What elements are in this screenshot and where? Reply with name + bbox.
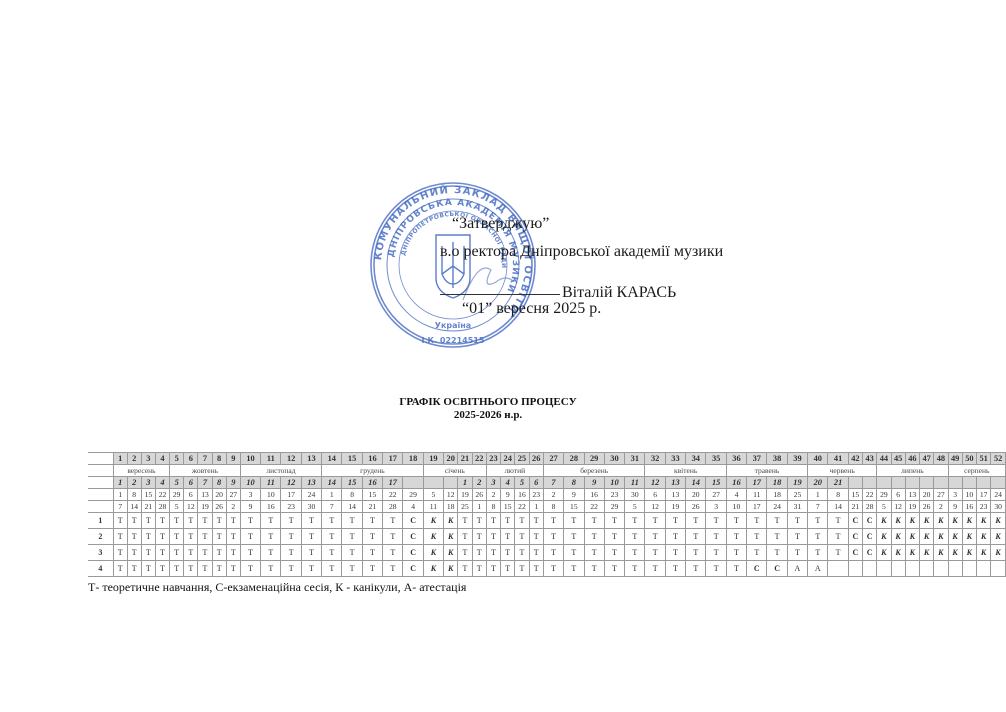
end-date-cell: 26 [686,501,706,513]
start-date-cell: 29 [403,489,423,501]
week-number-cell: 18 [403,453,423,465]
study-week-cell: 21 [828,477,848,489]
end-date-cell: 22 [515,501,529,513]
schedule-cell: Т [141,561,155,577]
week-number-cell: 7 [198,453,212,465]
month-cell: січень [423,465,486,477]
start-date-cell: 13 [905,489,919,501]
schedule-cell: С [767,561,787,577]
end-date-cell: 5 [877,501,891,513]
schedule-cell: Т [322,561,342,577]
week-number-cell: 29 [584,453,604,465]
study-week-cell: 15 [342,477,362,489]
schedule-cell: Т [362,529,382,545]
start-date-row: 1815222961320273101724181522295121926291… [88,489,1006,501]
schedule-cell: Т [184,545,198,561]
study-week-cell [991,477,1006,489]
study-week-cell: 12 [645,477,665,489]
study-week-cell: 5 [170,477,184,489]
schedule-cell: Т [747,513,767,529]
schedule-cell: К [991,545,1006,561]
schedule-cell: Т [747,545,767,561]
week-number-cell: 13 [301,453,321,465]
schedule-cell: Т [515,561,529,577]
schedule-cell: Т [486,545,500,561]
schedule-cell: Т [564,561,584,577]
start-date-cell: 13 [198,489,212,501]
schedule-cell: Т [726,529,746,545]
week-number-cell: 37 [747,453,767,465]
week-number-cell: 21 [458,453,472,465]
end-date-cell: 14 [342,501,362,513]
schedule-cell: К [444,513,458,529]
schedule-cell: Т [458,529,472,545]
end-date-cell: 21 [848,501,862,513]
schedule-cell: Т [828,545,848,561]
start-date-cell: 20 [212,489,226,501]
schedule-cell: Т [828,513,848,529]
schedule-cell: Т [301,545,321,561]
schedule-cell: Т [665,561,685,577]
approval-signer: Віталій КАРАСЬ [440,285,676,301]
study-week-cell: 15 [706,477,726,489]
schedule-cell: Т [261,561,281,577]
schedule-cell: К [877,529,891,545]
schedule-cell: Т [767,529,787,545]
end-date-cell: 28 [863,501,877,513]
study-week-cell: 1 [113,477,127,489]
schedule-cell: Т [362,561,382,577]
schedule-cell: С [747,561,767,577]
start-date-cell: 20 [686,489,706,501]
schedule-cell: Т [127,529,141,545]
week-number-cell: 26 [529,453,543,465]
end-date-row: 7142128512192629162330714212841118251815… [88,501,1006,513]
schedule-cell: С [403,561,423,577]
study-week-row: 1234567891011121314151617123456789101112… [88,477,1006,489]
schedule-cell: Т [486,513,500,529]
study-week-cell: 6 [529,477,543,489]
schedule-cell: Т [604,545,624,561]
schedule-cell: К [962,513,976,529]
start-date-cell: 3 [240,489,260,501]
start-date-cell: 22 [383,489,403,501]
month-cell: жовтень [170,465,241,477]
start-date-cell: 20 [920,489,934,501]
schedule-cell: Т [584,561,604,577]
start-date-cell: 23 [604,489,624,501]
study-week-cell [920,477,934,489]
schedule-cell: Т [170,561,184,577]
end-date-cell: 5 [170,501,184,513]
end-date-cell: 16 [261,501,281,513]
schedule-cell: Т [458,513,472,529]
schedule-cell: Т [584,513,604,529]
row-label-blank [88,453,113,465]
study-week-cell: 16 [726,477,746,489]
start-date-cell: 4 [726,489,746,501]
schedule-cell: Т [584,529,604,545]
schedule-cell: Т [726,545,746,561]
schedule-cell: Т [515,529,529,545]
svg-text:Україна: Україна [435,321,471,330]
week-number-cell: 5 [170,453,184,465]
schedule-cell: Т [281,529,301,545]
approval-heading: “Затверджую” [452,216,549,232]
schedule-cell: Т [226,513,240,529]
start-date-cell: 24 [301,489,321,501]
study-week-cell: 10 [604,477,624,489]
study-week-cell: 2 [472,477,486,489]
schedule-cell: Т [706,561,726,577]
week-number-cell: 49 [948,453,962,465]
signer-name: Віталій КАРАСЬ [562,284,676,301]
schedule-cell: Т [472,561,486,577]
schedule-cell: Т [155,545,169,561]
schedule-cell: К [423,513,443,529]
schedule-cell: Т [281,545,301,561]
end-date-cell: 26 [212,501,226,513]
study-week-cell: 5 [515,477,529,489]
schedule-cell: Т [828,529,848,545]
week-number-cell: 30 [604,453,624,465]
schedule-cell [977,561,991,577]
schedule-cell: Т [604,529,624,545]
schedule-cell: Т [113,561,127,577]
schedule-cell: К [905,529,919,545]
schedule-cell: С [863,545,877,561]
schedule-cell: Т [529,545,543,561]
schedule-cell: Т [127,561,141,577]
schedule-cell: Т [584,545,604,561]
schedule-cell: Т [604,561,624,577]
schedule-cell: К [948,513,962,529]
month-cell: грудень [322,465,424,477]
week-number-cell: 10 [240,453,260,465]
row-label-blank [88,489,113,501]
study-week-cell: 8 [212,477,226,489]
study-week-cell: 8 [564,477,584,489]
schedule-cell: Т [472,545,486,561]
end-date-cell: 14 [828,501,848,513]
start-date-cell: 1 [113,489,127,501]
schedule-cell: Т [113,529,127,545]
schedule-cell: Т [625,529,645,545]
schedule-cell: Т [155,513,169,529]
end-date-cell: 18 [444,501,458,513]
schedule-cell: Т [472,513,486,529]
start-date-cell: 18 [767,489,787,501]
end-date-cell: 8 [543,501,563,513]
study-week-cell [848,477,862,489]
start-date-cell: 8 [828,489,848,501]
week-number-cell: 48 [934,453,948,465]
start-date-cell: 25 [787,489,807,501]
schedule-cell: А [787,561,807,577]
end-date-cell: 10 [726,501,746,513]
schedule-cell: Т [240,545,260,561]
schedule-cell: Т [501,561,515,577]
schedule-cell [891,561,905,577]
schedule-cell: Т [726,513,746,529]
study-week-cell [863,477,877,489]
schedule-cell: Т [686,529,706,545]
study-week-cell [905,477,919,489]
stamp-seal-icon: КОМУНАЛЬНИЙ ЗАКЛАД ВИЩОЇ ОСВІТИ ДНІПРОВС… [368,180,538,350]
start-date-cell: 22 [155,489,169,501]
schedule-cell: Т [342,561,362,577]
start-date-cell: 8 [342,489,362,501]
schedule-cell [920,561,934,577]
week-number-cell: 51 [977,453,991,465]
schedule-cell: Т [665,545,685,561]
study-week-cell: 3 [486,477,500,489]
course-label: 3 [88,545,113,561]
schedule-cell [948,561,962,577]
schedule-cell: Т [301,529,321,545]
schedule-cell: Т [141,513,155,529]
study-week-cell: 14 [322,477,342,489]
study-week-cell: 17 [383,477,403,489]
end-date-cell: 15 [564,501,584,513]
schedule-cell: С [403,529,423,545]
start-date-cell: 27 [226,489,240,501]
schedule-cell: Т [184,529,198,545]
week-number-cell: 19 [423,453,443,465]
week-number-cell: 28 [564,453,584,465]
schedule-cell: К [977,513,991,529]
end-date-cell: 11 [423,501,443,513]
schedule-cell: Т [198,561,212,577]
study-week-cell: 19 [787,477,807,489]
schedule-cell: Т [604,513,624,529]
week-number-cell: 23 [486,453,500,465]
schedule-cell: К [991,513,1006,529]
start-date-cell: 19 [458,489,472,501]
week-number-cell: 14 [322,453,342,465]
approval-position: в.о ректора Дніпровської академії музики [440,244,723,260]
study-week-cell: 13 [301,477,321,489]
schedule-cell: Т [301,513,321,529]
schedule-cell: Т [212,545,226,561]
week-number-cell: 22 [472,453,486,465]
start-date-cell: 29 [170,489,184,501]
schedule-cell: Т [706,513,726,529]
schedule-cell: С [863,513,877,529]
end-date-cell: 2 [226,501,240,513]
schedule-cell: Т [155,529,169,545]
week-number-cell: 3 [141,453,155,465]
course-row: 1ТТТТТТТТТТТТТТТТТСККТТТТТТТТТТТТТТТТТТТ… [88,513,1006,529]
month-row: вересеньжовтеньлистопадгруденьсіченьлюти… [88,465,1006,477]
week-number-cell: 9 [226,453,240,465]
start-date-cell: 29 [877,489,891,501]
schedule-cell: Т [141,545,155,561]
schedule-cell: Т [212,513,226,529]
study-week-cell [962,477,976,489]
end-date-cell: 30 [991,501,1006,513]
schedule-cell: Т [767,545,787,561]
schedule-cell: К [877,513,891,529]
schedule-cell: Т [362,545,382,561]
study-week-cell: 3 [141,477,155,489]
document-title: ГРАФІК ОСВІТНЬОГО ПРОЦЕСУ 2025-2026 н.р. [0,396,1006,422]
schedule-cell [863,561,877,577]
schedule-cell: Т [240,513,260,529]
study-week-cell: 18 [767,477,787,489]
week-number-cell: 46 [905,453,919,465]
schedule-cell: Т [113,545,127,561]
end-date-cell: 3 [706,501,726,513]
start-date-cell: 8 [127,489,141,501]
schedule-cell: Т [281,561,301,577]
study-week-cell [423,477,443,489]
legend: Т- теоретичне навчання, С-екзаменаційна … [88,580,466,595]
schedule-cell: Т [342,513,362,529]
schedule-cell [877,561,891,577]
month-cell: червень [808,465,877,477]
schedule-cell: Т [383,529,403,545]
schedule-cell: Т [226,529,240,545]
schedule-cell: Т [787,545,807,561]
study-week-cell: 7 [543,477,563,489]
schedule-cell: К [905,545,919,561]
study-week-cell: 2 [127,477,141,489]
end-date-cell: 19 [905,501,919,513]
week-number-cell: 1 [113,453,127,465]
end-date-cell: 4 [403,501,423,513]
month-cell: лютий [486,465,543,477]
start-date-cell: 16 [515,489,529,501]
study-week-cell: 17 [747,477,767,489]
course-row: 2ТТТТТТТТТТТТТТТТТСККТТТТТТТТТТТТТТТТТТТ… [88,529,1006,545]
schedule-cell: Т [127,545,141,561]
row-label-blank [88,501,113,513]
schedule-cell: К [920,545,934,561]
start-date-cell: 2 [543,489,563,501]
start-date-cell: 2 [486,489,500,501]
schedule-cell: Т [212,529,226,545]
start-date-cell: 26 [472,489,486,501]
schedule-cell: К [934,545,948,561]
week-number-cell: 4 [155,453,169,465]
week-number-cell: 20 [444,453,458,465]
schedule-cell: Т [240,529,260,545]
schedule-cell: Т [226,561,240,577]
schedule-cell: К [891,529,905,545]
course-label: 2 [88,529,113,545]
week-number-cell: 43 [863,453,877,465]
schedule-cell: К [920,529,934,545]
study-week-cell [444,477,458,489]
schedule-cell: К [934,513,948,529]
week-number-cell: 50 [962,453,976,465]
end-date-cell: 23 [977,501,991,513]
end-date-cell: 24 [767,501,787,513]
course-label: 4 [88,561,113,577]
end-date-cell: 19 [198,501,212,513]
schedule-cell: Т [686,561,706,577]
schedule-cell: Т [155,561,169,577]
schedule-cell: К [962,545,976,561]
start-date-cell: 9 [501,489,515,501]
schedule-cell: Т [501,513,515,529]
row-label-blank [88,465,113,477]
start-date-cell: 13 [665,489,685,501]
end-date-cell: 22 [584,501,604,513]
start-date-cell: 16 [584,489,604,501]
end-date-cell: 8 [486,501,500,513]
month-cell: липень [877,465,948,477]
schedule-cell: Т [212,561,226,577]
end-date-cell: 7 [808,501,828,513]
study-week-cell: 11 [261,477,281,489]
course-label: 1 [88,513,113,529]
week-number-cell: 27 [543,453,563,465]
study-week-cell [403,477,423,489]
start-date-cell: 9 [564,489,584,501]
end-date-cell: 14 [127,501,141,513]
schedule-cell: Т [787,529,807,545]
end-date-cell: 25 [458,501,472,513]
schedule-cell: Т [645,513,665,529]
schedule-cell: Т [767,513,787,529]
end-date-cell: 26 [920,501,934,513]
schedule-cell: Т [261,529,281,545]
course-row: 3ТТТТТТТТТТТТТТТТТСККТТТТТТТТТТТТТТТТТТТ… [88,545,1006,561]
row-label-blank [88,477,113,489]
month-cell: березень [543,465,645,477]
start-date-cell: 11 [747,489,767,501]
schedule-cell: К [891,545,905,561]
course-row: 4ТТТТТТТТТТТТТТТТТСККТТТТТТТТТТТТТТТТССА… [88,561,1006,577]
start-date-cell: 15 [848,489,862,501]
schedule-cell: Т [515,513,529,529]
schedule-cell: Т [645,561,665,577]
schedule-cell: К [444,529,458,545]
study-week-cell: 13 [665,477,685,489]
schedule-cell: Т [625,545,645,561]
start-date-cell: 17 [281,489,301,501]
study-week-cell [877,477,891,489]
week-number-cell: 39 [787,453,807,465]
schedule-cell: Т [342,545,362,561]
schedule-cell: Т [686,513,706,529]
start-date-cell: 15 [141,489,155,501]
schedule-cell: К [920,513,934,529]
end-date-cell: 9 [240,501,260,513]
schedule-cell: Т [184,513,198,529]
study-week-cell: 12 [281,477,301,489]
schedule-cell: Т [543,561,563,577]
schedule-cell: К [977,529,991,545]
start-date-cell: 23 [529,489,543,501]
schedule-cell: Т [529,529,543,545]
schedule-cell: Т [141,529,155,545]
schedule-cell: Т [529,561,543,577]
month-cell: вересень [113,465,169,477]
schedule-cell: Т [226,545,240,561]
start-date-cell: 15 [362,489,382,501]
start-date-cell: 27 [706,489,726,501]
schedule-cell: Т [808,513,828,529]
schedule-cell: Т [665,513,685,529]
week-number-cell: 44 [877,453,891,465]
study-week-cell: 9 [226,477,240,489]
schedule-cell: К [423,545,443,561]
title-line-1: ГРАФІК ОСВІТНЬОГО ПРОЦЕСУ [0,396,1006,409]
schedule-cell: Т [808,545,828,561]
